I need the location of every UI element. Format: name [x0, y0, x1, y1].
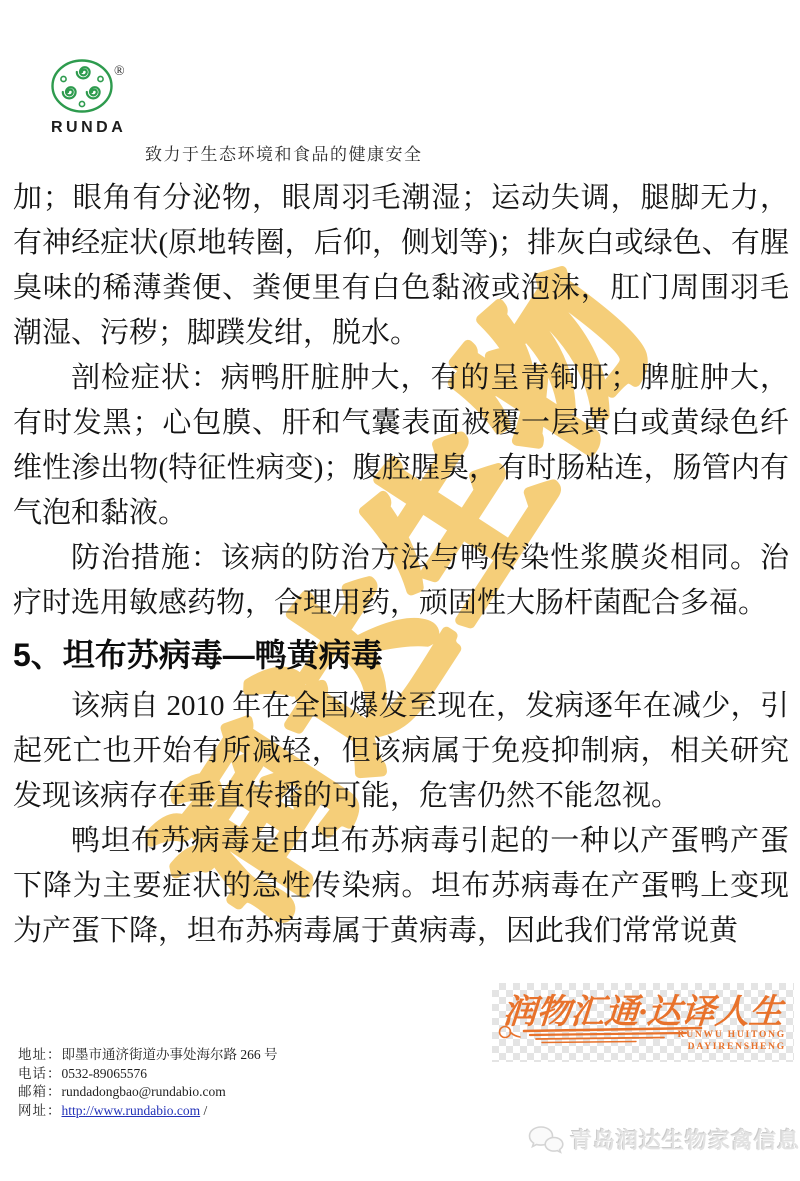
contact-email-row: 邮箱：rundadongbao@rundabio.com [18, 1083, 278, 1102]
website-link[interactable]: http://www.rundabio.com [62, 1103, 201, 1118]
runda-swirl-logo-icon [50, 58, 114, 116]
body-paragraph: 该病自 2010 年在全国爆发至现在，发病逐年在减少，引起死亡也开始有所减轻，但… [13, 684, 789, 819]
phone-value: 0532-89065576 [62, 1066, 148, 1081]
section-heading: 5、坦布苏病毒—鸭黄病毒 [13, 626, 789, 684]
body-paragraph: 防治措施：该病的防治方法与鸭传染性浆膜炎相同。治疗时选用敏感药物，合理用药，顽固… [13, 536, 789, 626]
phone-label: 电话： [18, 1066, 62, 1081]
slogan-english-line2: DAYIRENSHENG [678, 1041, 786, 1053]
email-value: rundadongbao@rundabio.com [62, 1084, 226, 1099]
registered-trademark-symbol: ® [114, 64, 125, 80]
website-suffix: / [200, 1103, 207, 1118]
company-logo: ® RUNDA [46, 58, 142, 137]
slogan-english-line1: RUNWU HUITONG [678, 1029, 786, 1041]
article-body: 加；眼角有分泌物，眼周羽毛潮湿；运动失调，腿脚无力，有神经症状(原地转圈，后仰，… [13, 176, 789, 954]
website-label: 网址： [18, 1103, 62, 1118]
brand-name: RUNDA [51, 119, 142, 137]
address-value: 即墨市通济街道办事处海尔路 266 号 [62, 1047, 278, 1062]
contact-address-row: 地址：即墨市通济街道办事处海尔路 266 号 [18, 1046, 278, 1065]
banner-flourish-icon [496, 1025, 706, 1045]
wechat-bubbles-icon [528, 1125, 564, 1155]
body-paragraph: 鸭坦布苏病毒是由坦布苏病毒引起的一种以产蛋鸭产蛋下降为主要症状的急性传染病。坦布… [13, 819, 789, 954]
document-page: 润达生物 ® RUNDA 致力于生态环境和食品的健康安全 加；眼角有分泌物，眼周… [0, 0, 800, 1181]
contact-info-block: 地址：即墨市通济街道办事处海尔路 266 号 电话：0532-89065576 … [18, 1046, 278, 1120]
wechat-account-name: 青岛润达生物家禽信息 [570, 1124, 800, 1155]
slogan-banner: 润物汇通·达译人生 RUNWU HUITONG DAYIRENSHENG [492, 983, 794, 1062]
contact-phone-row: 电话：0532-89065576 [18, 1065, 278, 1084]
slogan-english: RUNWU HUITONG DAYIRENSHENG [678, 1029, 786, 1053]
company-tagline: 致力于生态环境和食品的健康安全 [145, 140, 423, 165]
body-paragraph: 剖检症状：病鸭肝脏肿大，有的呈青铜肝；脾脏肿大，有时发黑；心包膜、肝和气囊表面被… [13, 356, 789, 536]
body-paragraph: 加；眼角有分泌物，眼周羽毛潮湿；运动失调，腿脚无力，有神经症状(原地转圈，后仰，… [13, 176, 789, 356]
address-label: 地址： [18, 1047, 62, 1062]
contact-website-row: 网址：http://www.rundabio.com / [18, 1102, 278, 1121]
wechat-account-stamp: 青岛润达生物家禽信息 [528, 1124, 800, 1155]
email-label: 邮箱： [18, 1084, 62, 1099]
